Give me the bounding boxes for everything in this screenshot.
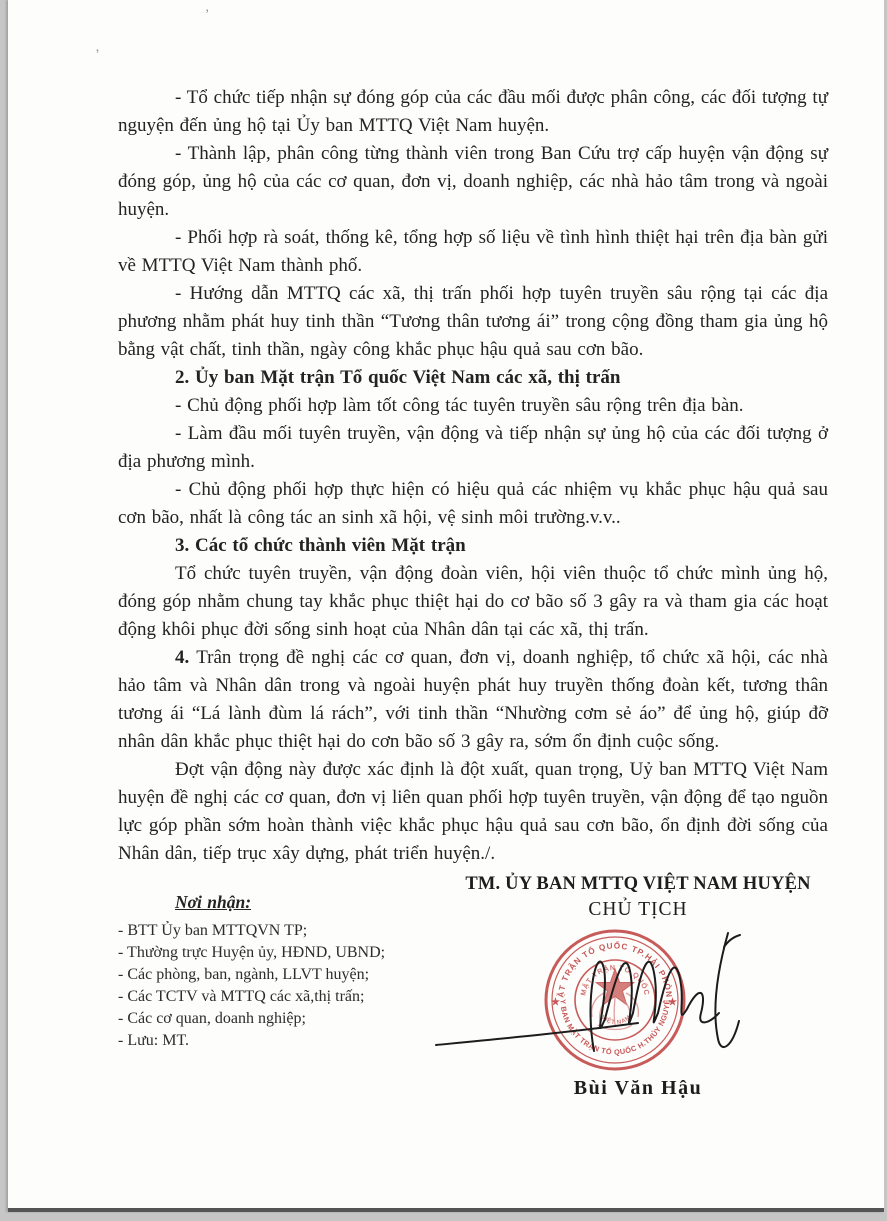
seal-and-signature-zone: MẶT TRẬN TỔ QUỐC TP.HẢI PHÒNG ỦY BAN MẶT… <box>448 925 828 1075</box>
signer-title: CHỦ TỊCH <box>448 897 828 923</box>
section-heading-2: 2. Ủy ban Mặt trận Tổ quốc Việt Nam các … <box>118 364 828 392</box>
paragraph: - Làm đầu mối tuyên truyền, vận động và … <box>118 420 828 476</box>
recipients-block: Nơi nhận: - BTT Ủy ban MTTQVN TP; - Thườ… <box>118 888 448 1100</box>
recipient-item: - Thường trực Huyện ủy, HĐND, UBND; <box>118 942 448 964</box>
closing-section: Nơi nhận: - BTT Ủy ban MTTQVN TP; - Thườ… <box>118 872 828 1100</box>
paragraph: - Phối hợp rà soát, thống kê, tổng hợp s… <box>118 224 828 280</box>
paragraph-text: Trân trọng đề nghị các cơ quan, đơn vị, … <box>118 647 828 752</box>
paragraph: - Hướng dẫn MTTQ các xã, thị trấn phối h… <box>118 280 828 364</box>
handwritten-signature <box>428 927 773 1077</box>
recipient-item: - Lưu: MT. <box>118 1030 448 1052</box>
recipient-item: - Các phòng, ban, ngành, LLVT huyện; <box>118 964 448 986</box>
recipient-item: - Các TCTV và MTTQ các xã,thị trấn; <box>118 986 448 1008</box>
paragraph: - Chủ động phối hợp làm tốt công tác tuy… <box>118 392 828 420</box>
recipient-item: - Các cơ quan, doanh nghiệp; <box>118 1008 448 1030</box>
document-page: ’ ’ - Tổ chức tiếp nhận sự đóng góp của … <box>8 0 884 1212</box>
document-body: - Tổ chức tiếp nhận sự đóng góp của các … <box>8 0 884 1100</box>
paragraph: Đợt vận động này được xác định là đột xu… <box>118 756 828 868</box>
paragraph: - Tổ chức tiếp nhận sự đóng góp của các … <box>118 84 828 140</box>
recipients-list: - BTT Ủy ban MTTQVN TP; - Thường trực Hu… <box>118 920 448 1052</box>
recipient-item: - BTT Ủy ban MTTQVN TP; <box>118 920 448 942</box>
signer-name: Bùi Văn Hậu <box>448 1077 828 1100</box>
scan-artifact-mark: ’ <box>205 6 209 22</box>
paragraph-lead-number: 4. <box>175 647 189 668</box>
scanned-document: { "body_blocks": [ {"style":"para","text… <box>0 0 887 1221</box>
signing-authority-line: TM. ỦY BAN MTTQ VIỆT NAM HUYỆN <box>448 872 828 896</box>
paragraph: Tổ chức tuyên truyền, vận động đoàn viên… <box>118 560 828 644</box>
paragraph: - Chủ động phối hợp thực hiện có hiệu qu… <box>118 476 828 532</box>
paragraph-item-4: 4. Trân trọng đề nghị các cơ quan, đơn v… <box>118 644 828 756</box>
paragraph: - Thành lập, phân công từng thành viên t… <box>118 140 828 224</box>
signature-block: TM. ỦY BAN MTTQ VIỆT NAM HUYỆN CHỦ TỊCH <box>448 872 828 1100</box>
section-heading-3: 3. Các tổ chức thành viên Mặt trận <box>118 532 828 560</box>
recipients-label: Nơi nhận: <box>118 888 448 916</box>
